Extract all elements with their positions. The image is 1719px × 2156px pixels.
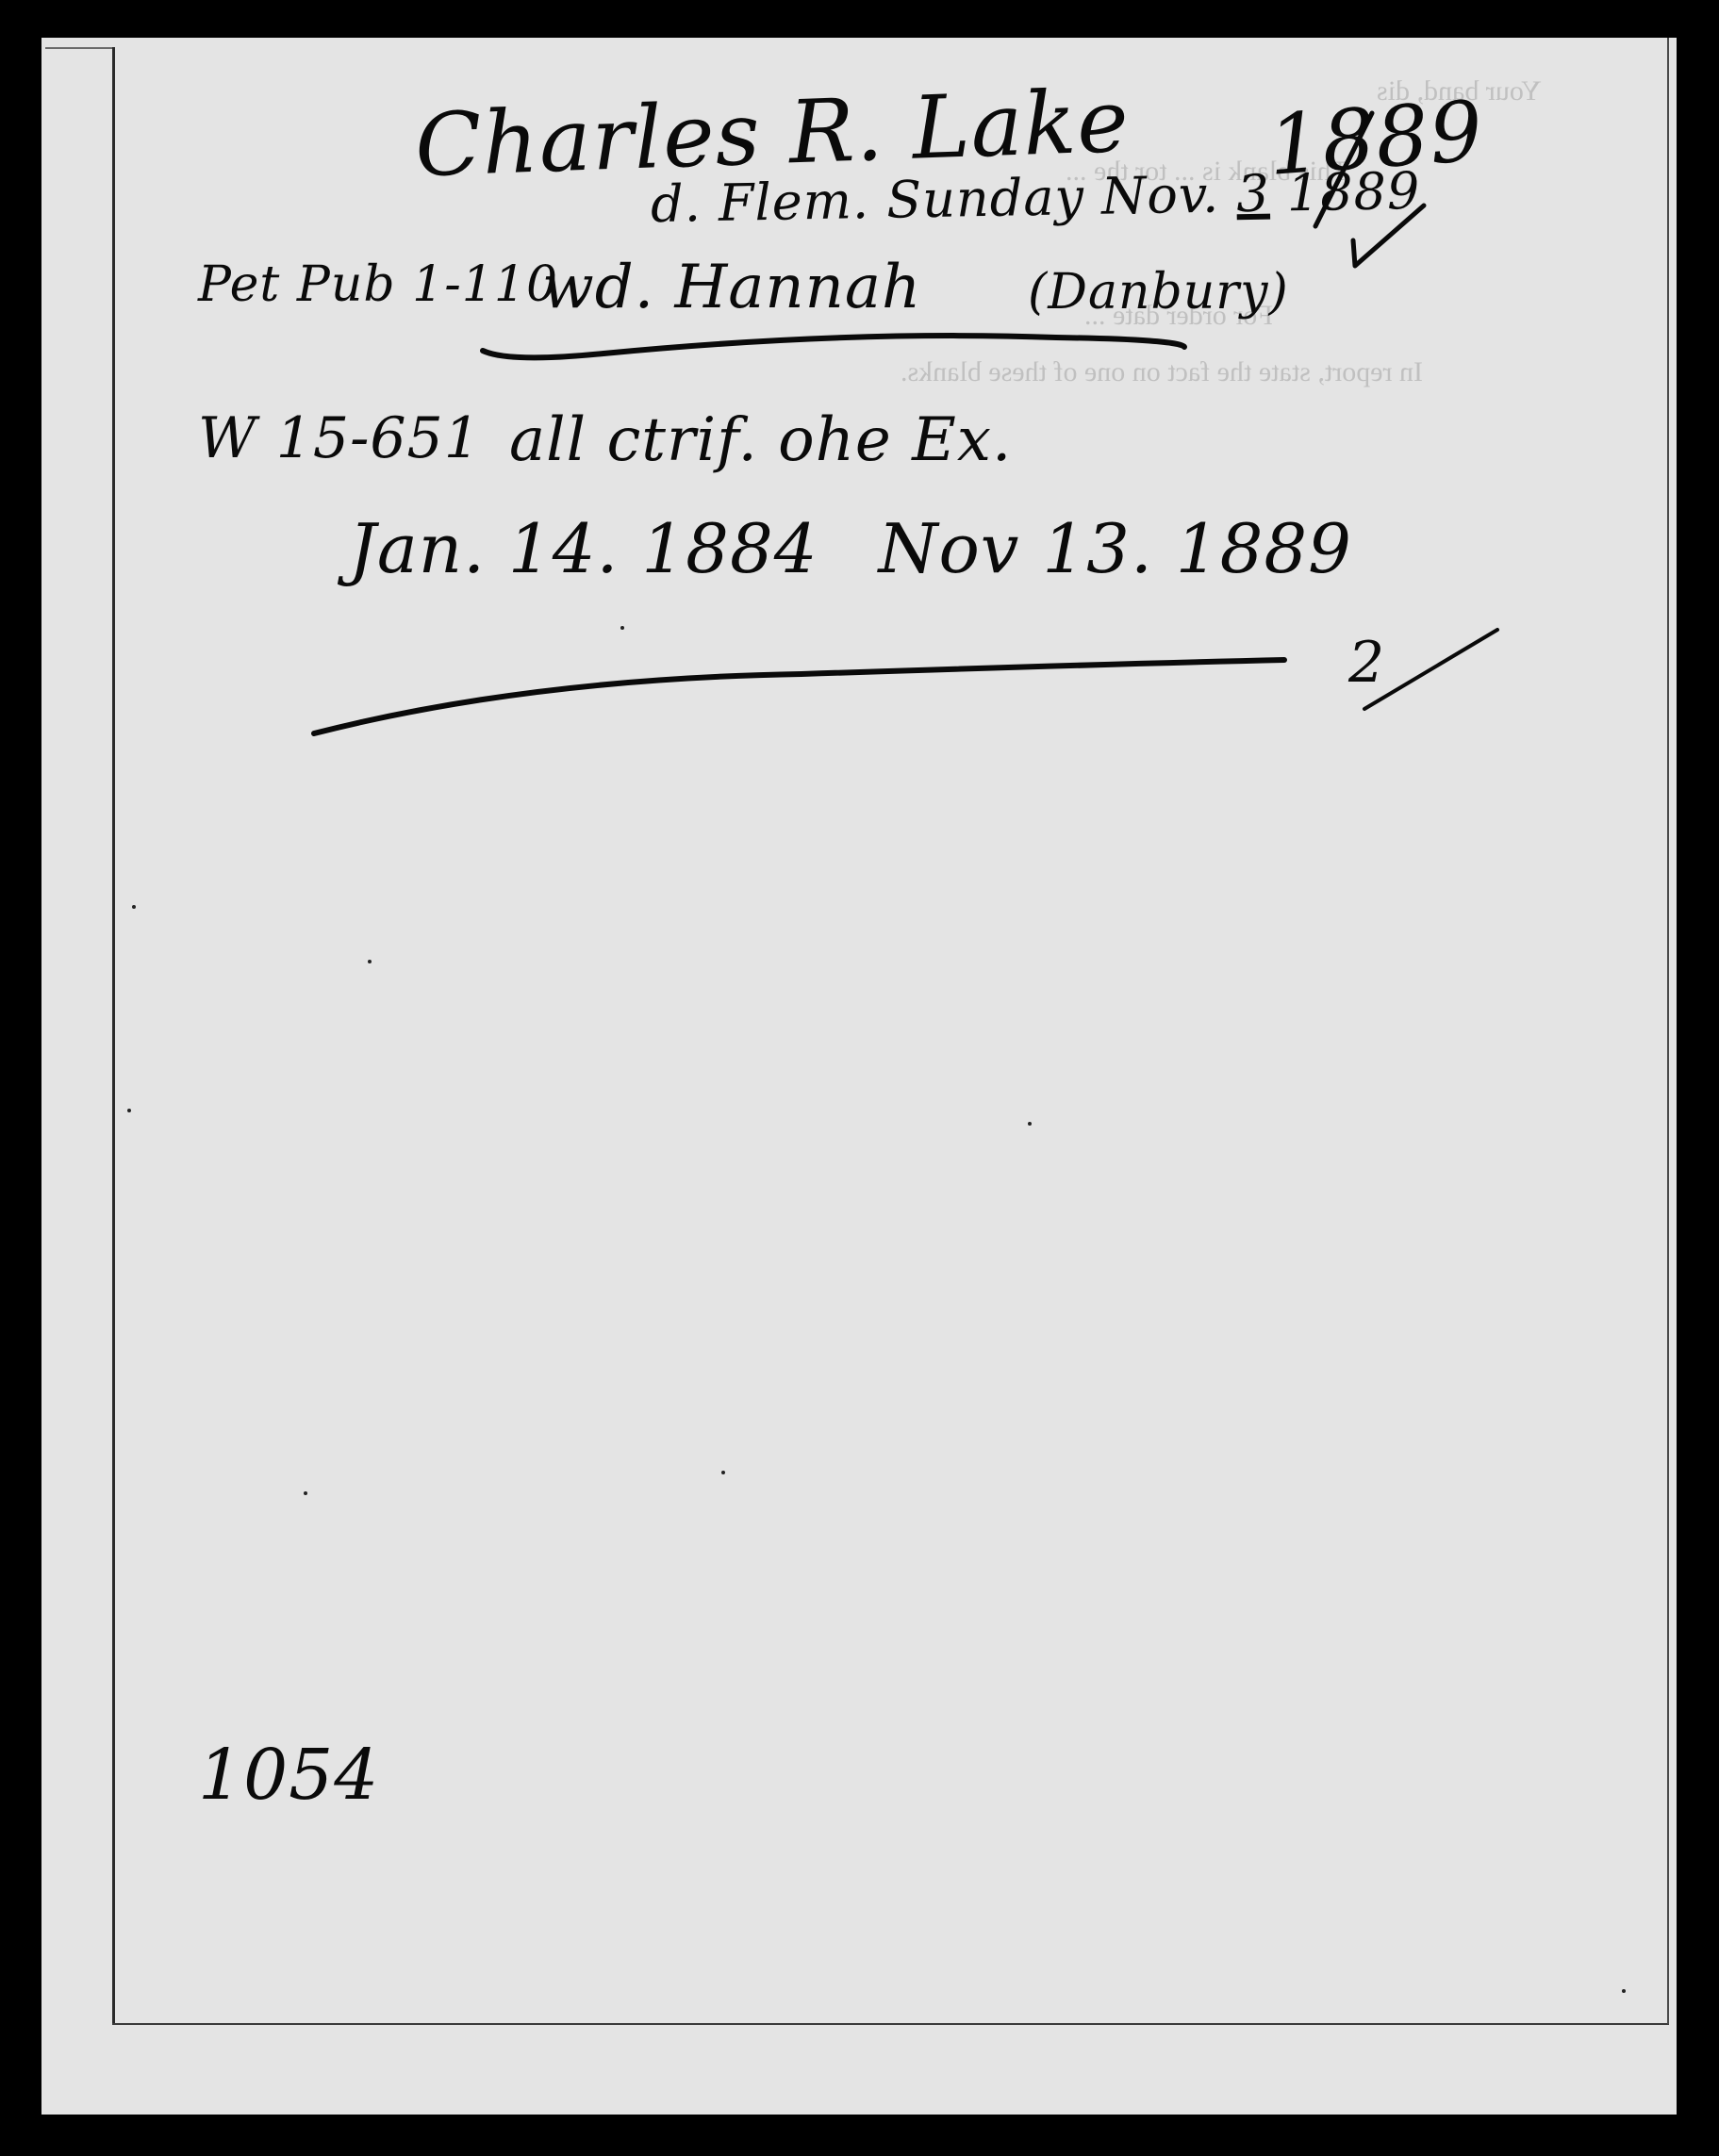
frame-bottom-line	[112, 2023, 1669, 2025]
folio-number: 1054	[198, 1735, 379, 1816]
widow-file-reference: W 15-651	[198, 405, 481, 471]
frame-right-line	[1667, 38, 1669, 2024]
count-mark: 2	[1348, 630, 1385, 696]
dates-line: Jan. 14. 1884 Nov 13. 1889	[349, 509, 1352, 588]
scan-speck	[127, 1109, 131, 1112]
scan-speck	[132, 905, 136, 909]
death-day: 3	[1236, 164, 1270, 224]
date-from: Jan. 14. 1884	[349, 509, 818, 588]
frame-left-line	[112, 47, 115, 2024]
pension-reference: Pet Pub 1-110	[198, 256, 558, 313]
widow-file-description: all ctrif. ohe Ex.	[509, 405, 1012, 475]
death-month: Nov.	[1101, 165, 1220, 226]
bleed-through-text: In report, state the fact on one of thes…	[901, 356, 1423, 388]
scan-speck	[1028, 1122, 1032, 1126]
date-to: Nov 13. 1889	[878, 509, 1352, 588]
scan-speck	[721, 1471, 725, 1474]
scan-speck	[620, 626, 624, 630]
widow-name: wd. Hannah	[542, 253, 921, 322]
death-year: 1889	[1286, 161, 1421, 222]
scan-speck	[304, 1491, 307, 1495]
frame-top-tick	[45, 47, 113, 49]
scan-speck	[1622, 1989, 1626, 1993]
widow-place: (Danbury)	[1028, 264, 1289, 321]
death-prefix: d. Flem. Sunday	[651, 167, 1085, 234]
scan-speck	[368, 960, 372, 963]
